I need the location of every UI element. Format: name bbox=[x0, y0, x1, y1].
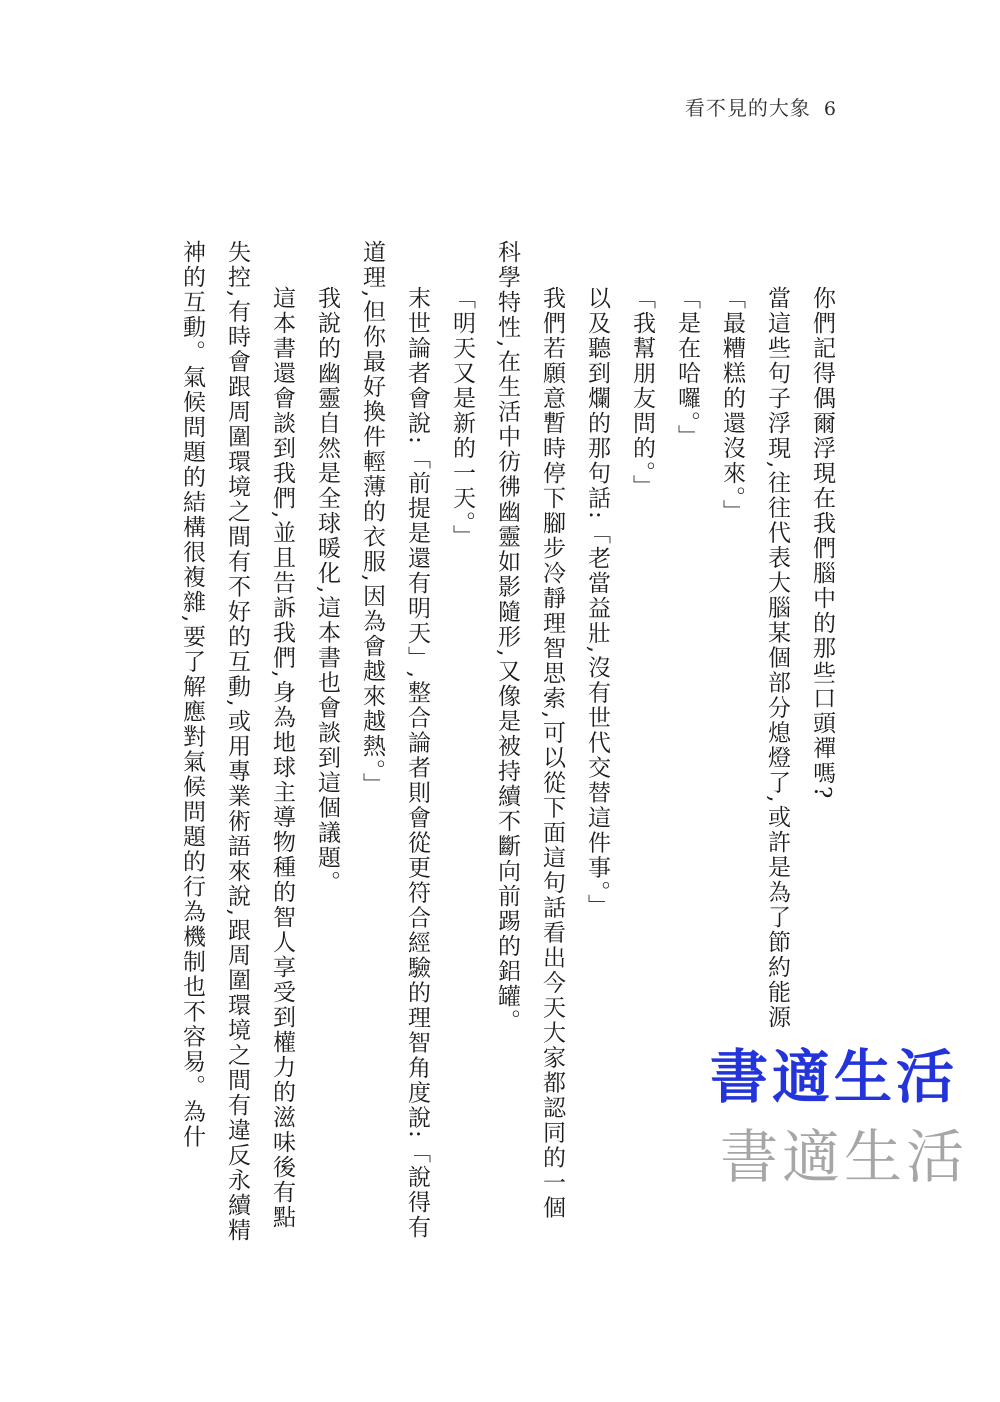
paragraph: 「是在哈囉。」 bbox=[664, 240, 709, 1245]
paragraph: 以及聽到爛的那句話:「老當益壯,沒有世代交替這件事。」 bbox=[574, 240, 619, 1245]
book-page: 看不見的大象6 你們記得偶爾浮現在我們腦中的那些口頭禪嗎? 當這些句子浮現,往往… bbox=[0, 0, 1000, 1402]
paragraph: 「明天又是新的一天。」 bbox=[439, 240, 484, 1245]
watermark-secondary: 書適生活 bbox=[720, 1128, 968, 1186]
paragraph: 「我幫朋友問的。」 bbox=[619, 240, 664, 1245]
paragraph: 我們若願意暫時停下腳步冷靜理智思索,可以從下面這句話看出今天大家都認同的一個科學… bbox=[484, 240, 574, 1245]
page-number: 6 bbox=[824, 98, 837, 120]
paragraph: 這本書還會談到我們,並且告訴我們,身為地球主導物種的智人享受到權力的滋味後有點失… bbox=[169, 240, 304, 1245]
paragraph: 我說的幽靈自然是全球暖化,這本書也會談到這個議題。 bbox=[304, 240, 349, 1245]
watermark-primary: 書適生活 bbox=[710, 1048, 958, 1106]
paragraph: 末世論者會說:「前提是還有明天」,整合論者則會從更符合經驗的理智角度說:「說得有… bbox=[349, 240, 439, 1245]
book-title: 看不見的大象 bbox=[685, 96, 811, 120]
page-header: 看不見的大象6 bbox=[685, 92, 837, 121]
